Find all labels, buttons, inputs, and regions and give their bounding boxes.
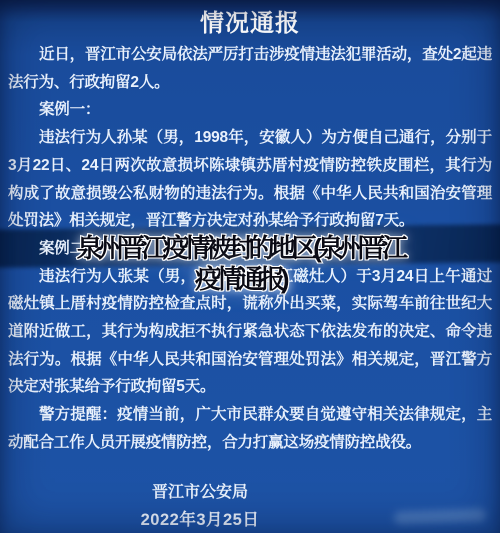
notice-title: 情况通报	[0, 3, 500, 38]
police-reminder: 警方提醒：疫情当前，广大市民群众要自觉遵守相关法律规定，主动配合工作人员开展疫情…	[8, 401, 492, 456]
intro-paragraph: 近日，晋江市公安局依法严厉打击涉疫情违法犯罪活动，查处2起违法行为、行政拘留2人…	[8, 41, 492, 96]
notice-page: 情况通报 近日，晋江市公安局依法严厉打击涉疫情违法犯罪活动，查处2起违法行为、行…	[0, 0, 500, 533]
overlay-headline: 泉州晋江疫情被封的地区(泉州晋江疫情通报)	[70, 233, 410, 295]
watermark-smudge	[394, 508, 486, 524]
notice-date: 2022年3月25日	[0, 511, 400, 530]
signature-block: 晋江市公安局 2022年3月25日	[0, 483, 400, 530]
agency-signature: 晋江市公安局	[0, 483, 400, 502]
case1-label: 案例一：	[8, 96, 492, 124]
case1-paragraph: 违法行为人孙某（男，1998年，安徽人）为方便自己通行，分别于3月22日、24日…	[8, 124, 492, 235]
